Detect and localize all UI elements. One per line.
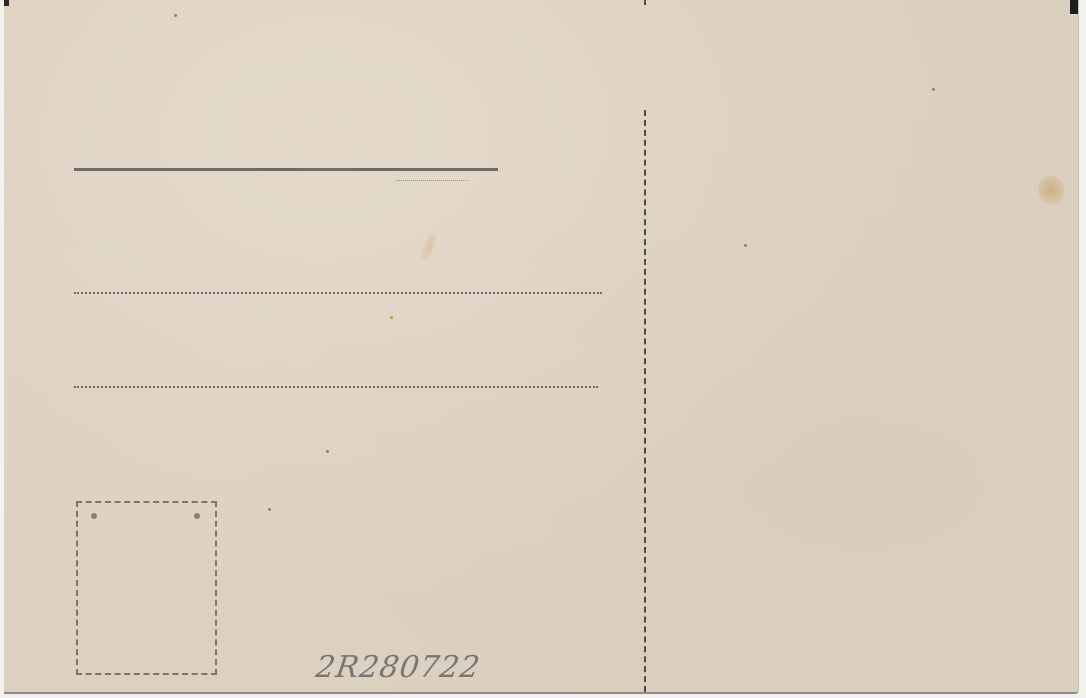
pin-hole-icon [91, 513, 97, 519]
stamp-box [76, 501, 217, 675]
address-line-3 [74, 386, 598, 388]
paper-speck [174, 14, 177, 17]
postcard-back: 2R280722 [4, 0, 1079, 694]
age-stain [419, 231, 439, 263]
address-line-2 [74, 292, 602, 294]
pin-hole-icon [194, 513, 200, 519]
divider-stub [644, 0, 646, 5]
age-stain [1038, 176, 1064, 204]
paper-speck [326, 450, 329, 453]
paper-speck [744, 244, 747, 247]
address-line-1 [74, 168, 498, 171]
paper-speck [932, 88, 935, 91]
faint-dotted-mark [396, 180, 468, 181]
center-divider-line [644, 110, 646, 692]
scan-edge-shadow [4, 0, 9, 6]
scan-edge-shadow [1070, 0, 1078, 14]
paper-speck [268, 508, 271, 511]
paper-speck [390, 316, 393, 319]
catalog-number: 2R280722 [314, 650, 483, 685]
